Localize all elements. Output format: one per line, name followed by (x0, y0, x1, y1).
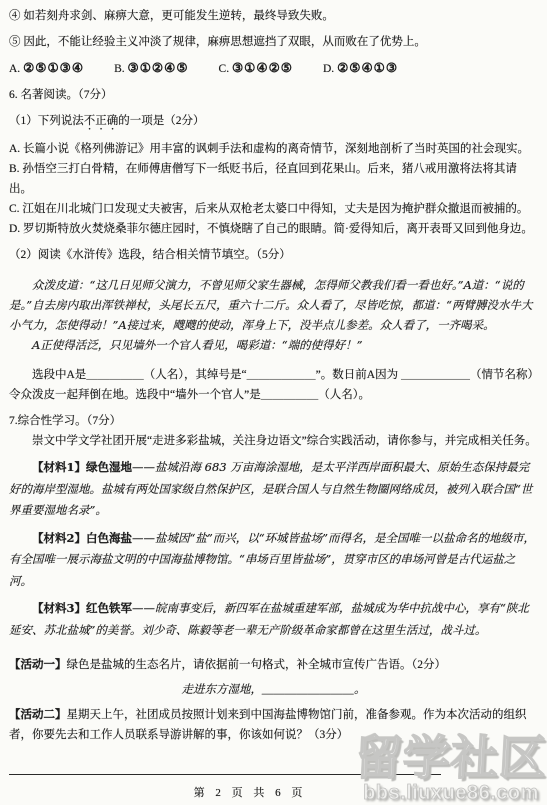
material-1-tag: 【材料1】绿色湿地 (32, 460, 132, 474)
activity-1-label: 【活动一】 (9, 659, 67, 671)
prompt-prefix: （1）下列说法 (9, 115, 84, 127)
question5-ordering: ④ 如若刻舟求剑、麻痹大意，更可能发生逆转，最终导致失败。 ⑤ 因此，不能让经验… (9, 6, 538, 79)
option-d-value: ②⑤④①③ (337, 61, 398, 75)
option-c: C. ③①④②⑤ (219, 58, 293, 79)
option-d: D. ②⑤④①③ (323, 58, 398, 79)
question6-part1-prompt: （1）下列说法不正确的一项是（2分） (9, 111, 538, 133)
question6-part2-prompt: （2）阅读《水浒传》选段，结合相关情节填空。（5分） (9, 245, 538, 265)
option-d-label: D. (323, 63, 334, 75)
question6-option-c: C. 江姐在川北城门口发现丈夫被害，后来从双枪老太婆口中得知，丈夫是因为掩护群众… (9, 199, 538, 219)
activity-2-text: 星期天上午，社团成员按照计划来到中国海盐博物馆门前，准备参观。作为本次活动的组织… (9, 709, 527, 741)
option-b: B. ③①②④⑤ (114, 58, 188, 79)
material-3-tag: 【材料3】红色铁军 (32, 601, 132, 615)
prompt-emphasized-word: 不正确 (84, 115, 119, 127)
prompt-suffix: 的一项是（2分） (118, 115, 204, 127)
sentence-item-4: ④ 如若刻舟求剑、麻痹大意，更可能发生逆转，最终导致失败。 (9, 6, 538, 26)
page-number: 第 2 页 共 6 页 (0, 784, 500, 800)
question7-comprehensive-study: 7.综合性学习。（7分） 崇文中学文学社团开展“走进多彩盐城，关注身边语文”综合… (9, 411, 538, 745)
material-2-white-salt: 【材料2】白色海盐——盐城因“盐”而兴，以“环城皆盐场”而得名，是全国唯一以盐命… (9, 528, 538, 593)
shuihu-passage-1: 众泼皮道：“这几日见师父演力，不曾见师父家生器械，怎得师父教我们看一看也好。”A… (9, 275, 538, 335)
shuihu-passage-2: A正使得活泛，只见墙外一个官人看见，喝彩道：“端的使得好！” (9, 335, 538, 355)
question6-title: 6. 名著阅读。（7分） (9, 85, 538, 105)
activity-1: 【活动一】绿色是盐城的生态名片，请依据前一句格式，补全城市宣传广告语。（2分） (9, 655, 538, 675)
option-a: A. ②⑤①③④ (9, 58, 84, 79)
question6-famous-books: 6. 名著阅读。（7分） （1）下列说法不正确的一项是（2分） A. 长篇小说《… (9, 85, 538, 405)
material-1-green-wetland: 【材料1】绿色湿地——盐城沿海 683 万亩海涂湿地，是太平洋西岸面积最大、原始… (9, 457, 538, 522)
option-a-label: A. (9, 63, 20, 75)
question6-option-a: A. 长篇小说《格列佛游记》用丰富的讽刺手法和虚构的离奇情节，深刻地剖析了当时英… (9, 139, 538, 159)
question5-options-row: A. ②⑤①③④ B. ③①②④⑤ C. ③①④②⑤ D. ②⑤④①③ (9, 58, 538, 79)
material-3-red-army: 【材料3】红色铁军——皖南事变后，新四军在盐城重建军部，盐城成为华中抗战中心，享… (9, 598, 538, 641)
option-c-value: ③①④②⑤ (232, 61, 293, 75)
option-b-value: ③①②④⑤ (128, 61, 189, 75)
option-c-label: C. (219, 63, 230, 75)
sentence-item-5: ⑤ 因此，不能让经验主义冲淡了规律，麻痹思想遮挡了双眼，从而败在了优势上。 (9, 32, 538, 52)
question7-title: 7.综合性学习。（7分） (9, 411, 538, 431)
question6-option-b: B. 孙悟空三打白骨精，在师傅唐僧写下一纸贬书后，径直回到花果山。后来，猪八戒用… (9, 159, 538, 199)
activity-1-text: 绿色是盐城的生态名片，请依据前一句格式，补全城市宣传广告语。（2分） (67, 659, 447, 671)
activity-2-label: 【活动二】 (9, 709, 67, 721)
question7-intro: 崇文中学文学社团开展“走进多彩盐城，关注身边语文”综合实践活动，请你参与，并完成… (9, 431, 538, 451)
material-2-tag: 【材料2】白色海盐 (32, 531, 132, 545)
question6-option-d: D. 罗切斯特放火焚烧桑菲尔德庄园时，不慎烧瞎了自己的眼睛。简·爱得知后，离开表… (9, 219, 538, 239)
activity-2: 【活动二】星期天上午，社团成员按照计划来到中国海盐博物馆门前，准备参观。作为本次… (9, 705, 538, 745)
option-b-label: B. (114, 63, 125, 75)
option-a-value: ②⑤①③④ (23, 61, 84, 75)
footer-divider (9, 774, 441, 775)
question6-fill-blanks: 选段中A是＿＿＿＿＿（人名），其绰号是“＿＿＿＿＿＿”。数日前A因为 ＿＿＿＿＿… (9, 365, 538, 405)
activity-1-fill-line: 走进东方湿地，＿＿＿＿＿＿＿＿。 (9, 679, 538, 699)
exam-paper-page: ④ 如若刻舟求剑、麻痹大意，更可能发生逆转，最终导致失败。 ⑤ 因此，不能让经验… (0, 0, 547, 805)
